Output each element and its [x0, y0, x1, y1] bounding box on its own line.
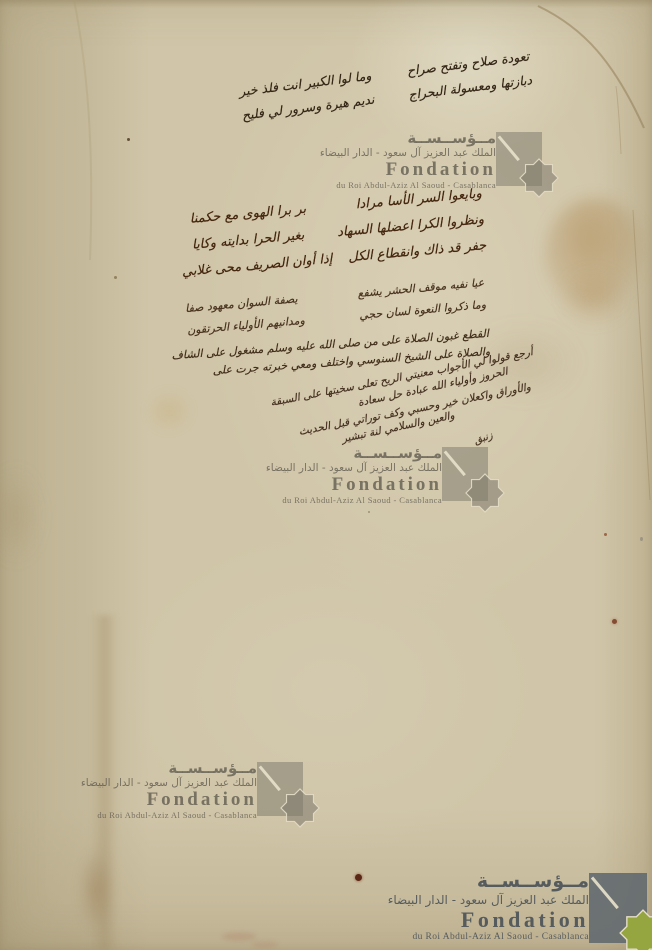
eight-point-star-icon: [280, 788, 320, 828]
logo-diagonal-line-icon: [591, 877, 619, 910]
foundation-stamp-bottom-right: مــؤســســة الملك عبد العزيز آل سعود - ا…: [385, 871, 651, 943]
foundation-watermark-top: مــؤســســة الملك عبد العزيز آل سعود - ا…: [296, 130, 546, 191]
watermark-latin-title: Fondation: [242, 475, 442, 495]
hemistich-left: ومدانيهم الأولياء الحرتقون: [187, 314, 306, 337]
ink-stain: [0, 468, 40, 563]
ink-stain: [558, 266, 630, 328]
hemistich-right: جفر قد ذاك وانقطاع الكل: [348, 238, 487, 265]
ink-spot: [640, 537, 643, 541]
watermark-latin-title: Fondation: [385, 908, 589, 931]
watermark-arabic-title: مــؤســســة: [57, 760, 257, 777]
eight-point-star-icon: [519, 158, 559, 198]
hemistich-left: بغير الحرا بدايته وكايا: [191, 228, 305, 253]
handwriting-top-couplets: تعودة صلاح وتفتح صراح وما لوا الكبير انت…: [238, 48, 534, 131]
logo-square: [589, 873, 647, 943]
ink-stain: [545, 198, 645, 313]
ink-spot: [355, 874, 362, 881]
eight-point-star-icon: [465, 473, 505, 513]
foundation-logo: [442, 447, 488, 501]
handwriting-poem: وبايعوا السر الأسا مرادا بر برا الهوى مع…: [189, 186, 488, 289]
watermark-latin-subtitle: du Roi Abdul-Aziz Al Saoud - Casablanca: [385, 931, 589, 943]
ink-spot: [604, 533, 607, 536]
watermark-latin-title: Fondation: [296, 160, 496, 180]
foundation-logo: [496, 132, 542, 186]
watermark-latin-title: Fondation: [57, 790, 257, 810]
logo-square: [496, 132, 542, 186]
watermark-arabic-subtitle: الملك عبد العزيز آل سعود - الدار البيضاء: [385, 893, 589, 908]
handwritten-tail-word: زنبق: [473, 430, 494, 446]
watermark-arabic-title: مــؤســســة: [296, 130, 496, 147]
watermark-arabic-title: مــؤســســة: [385, 871, 589, 893]
hemistich-left: إذا أوان الصريف محى غلابي: [181, 252, 333, 280]
paper-crease-lines: [0, 0, 652, 950]
logo-diagonal-line-icon: [498, 135, 520, 160]
eight-point-star-icon: [619, 909, 652, 950]
fold-shadow: [90, 615, 118, 950]
foundation-logo: [589, 873, 647, 943]
watermark-arabic-subtitle: الملك عبد العزيز آل سعود - الدار البيضاء: [242, 462, 442, 475]
watermark-arabic-subtitle: الملك عبد العزيز آل سعود - الدار البيضاء: [296, 147, 496, 160]
hemistich-right: وما ذكروا النعوة لسان حجي: [359, 298, 487, 322]
watermark-arabic-subtitle: الملك عبد العزيز آل سعود - الدار البيضاء: [57, 777, 257, 790]
hemistich-right: دبازتها ومعسولة البحراج: [407, 72, 532, 102]
ink-spot: [612, 619, 617, 624]
hemistich-right: عيا نفيه موقف الحشر يشفع: [357, 276, 485, 300]
watermark-latin-subtitle: du Roi Abdul-Aziz Al Saoud - Casablanca: [57, 810, 257, 821]
watermark-text: مــؤســســة الملك عبد العزيز آل سعود - ا…: [385, 871, 589, 943]
ink-stain: [78, 848, 114, 932]
hemistich-right: ونظروا الكرا اعضلها السهاد: [336, 212, 484, 240]
ink-stain: [146, 390, 192, 432]
ink-smudge: [222, 932, 256, 941]
logo-square: [257, 762, 303, 816]
ink-spot: [114, 276, 117, 279]
hemistich-left: بر برا الهوى مع حكمنا: [189, 202, 307, 227]
foundation-watermark-bottom-left: مــؤســســة الملك عبد العزيز آل سعود - ا…: [57, 760, 307, 821]
hemistich-left: يصفة السوان معهود صفا: [185, 292, 298, 315]
logo-diagonal-line-icon: [444, 450, 466, 475]
watermark-latin-subtitle: du Roi Abdul-Aziz Al Saoud - Casablanca: [242, 495, 442, 506]
ink-spot: [368, 511, 370, 513]
logo-square: [442, 447, 488, 501]
foundation-logo: [257, 762, 303, 816]
hemistich-right: وبايعوا السر الأسا مرادا: [355, 186, 482, 212]
logo-diagonal-line-icon: [259, 765, 281, 790]
watermark-text: مــؤســســة الملك عبد العزيز آل سعود - ا…: [296, 130, 496, 191]
manuscript-page: تعودة صلاح وتفتح صراح وما لوا الكبير انت…: [0, 0, 652, 950]
ink-smudge: [252, 941, 278, 948]
ink-spot: [127, 138, 130, 141]
watermark-text: مــؤســســة الملك عبد العزيز آل سعود - ا…: [57, 760, 257, 821]
